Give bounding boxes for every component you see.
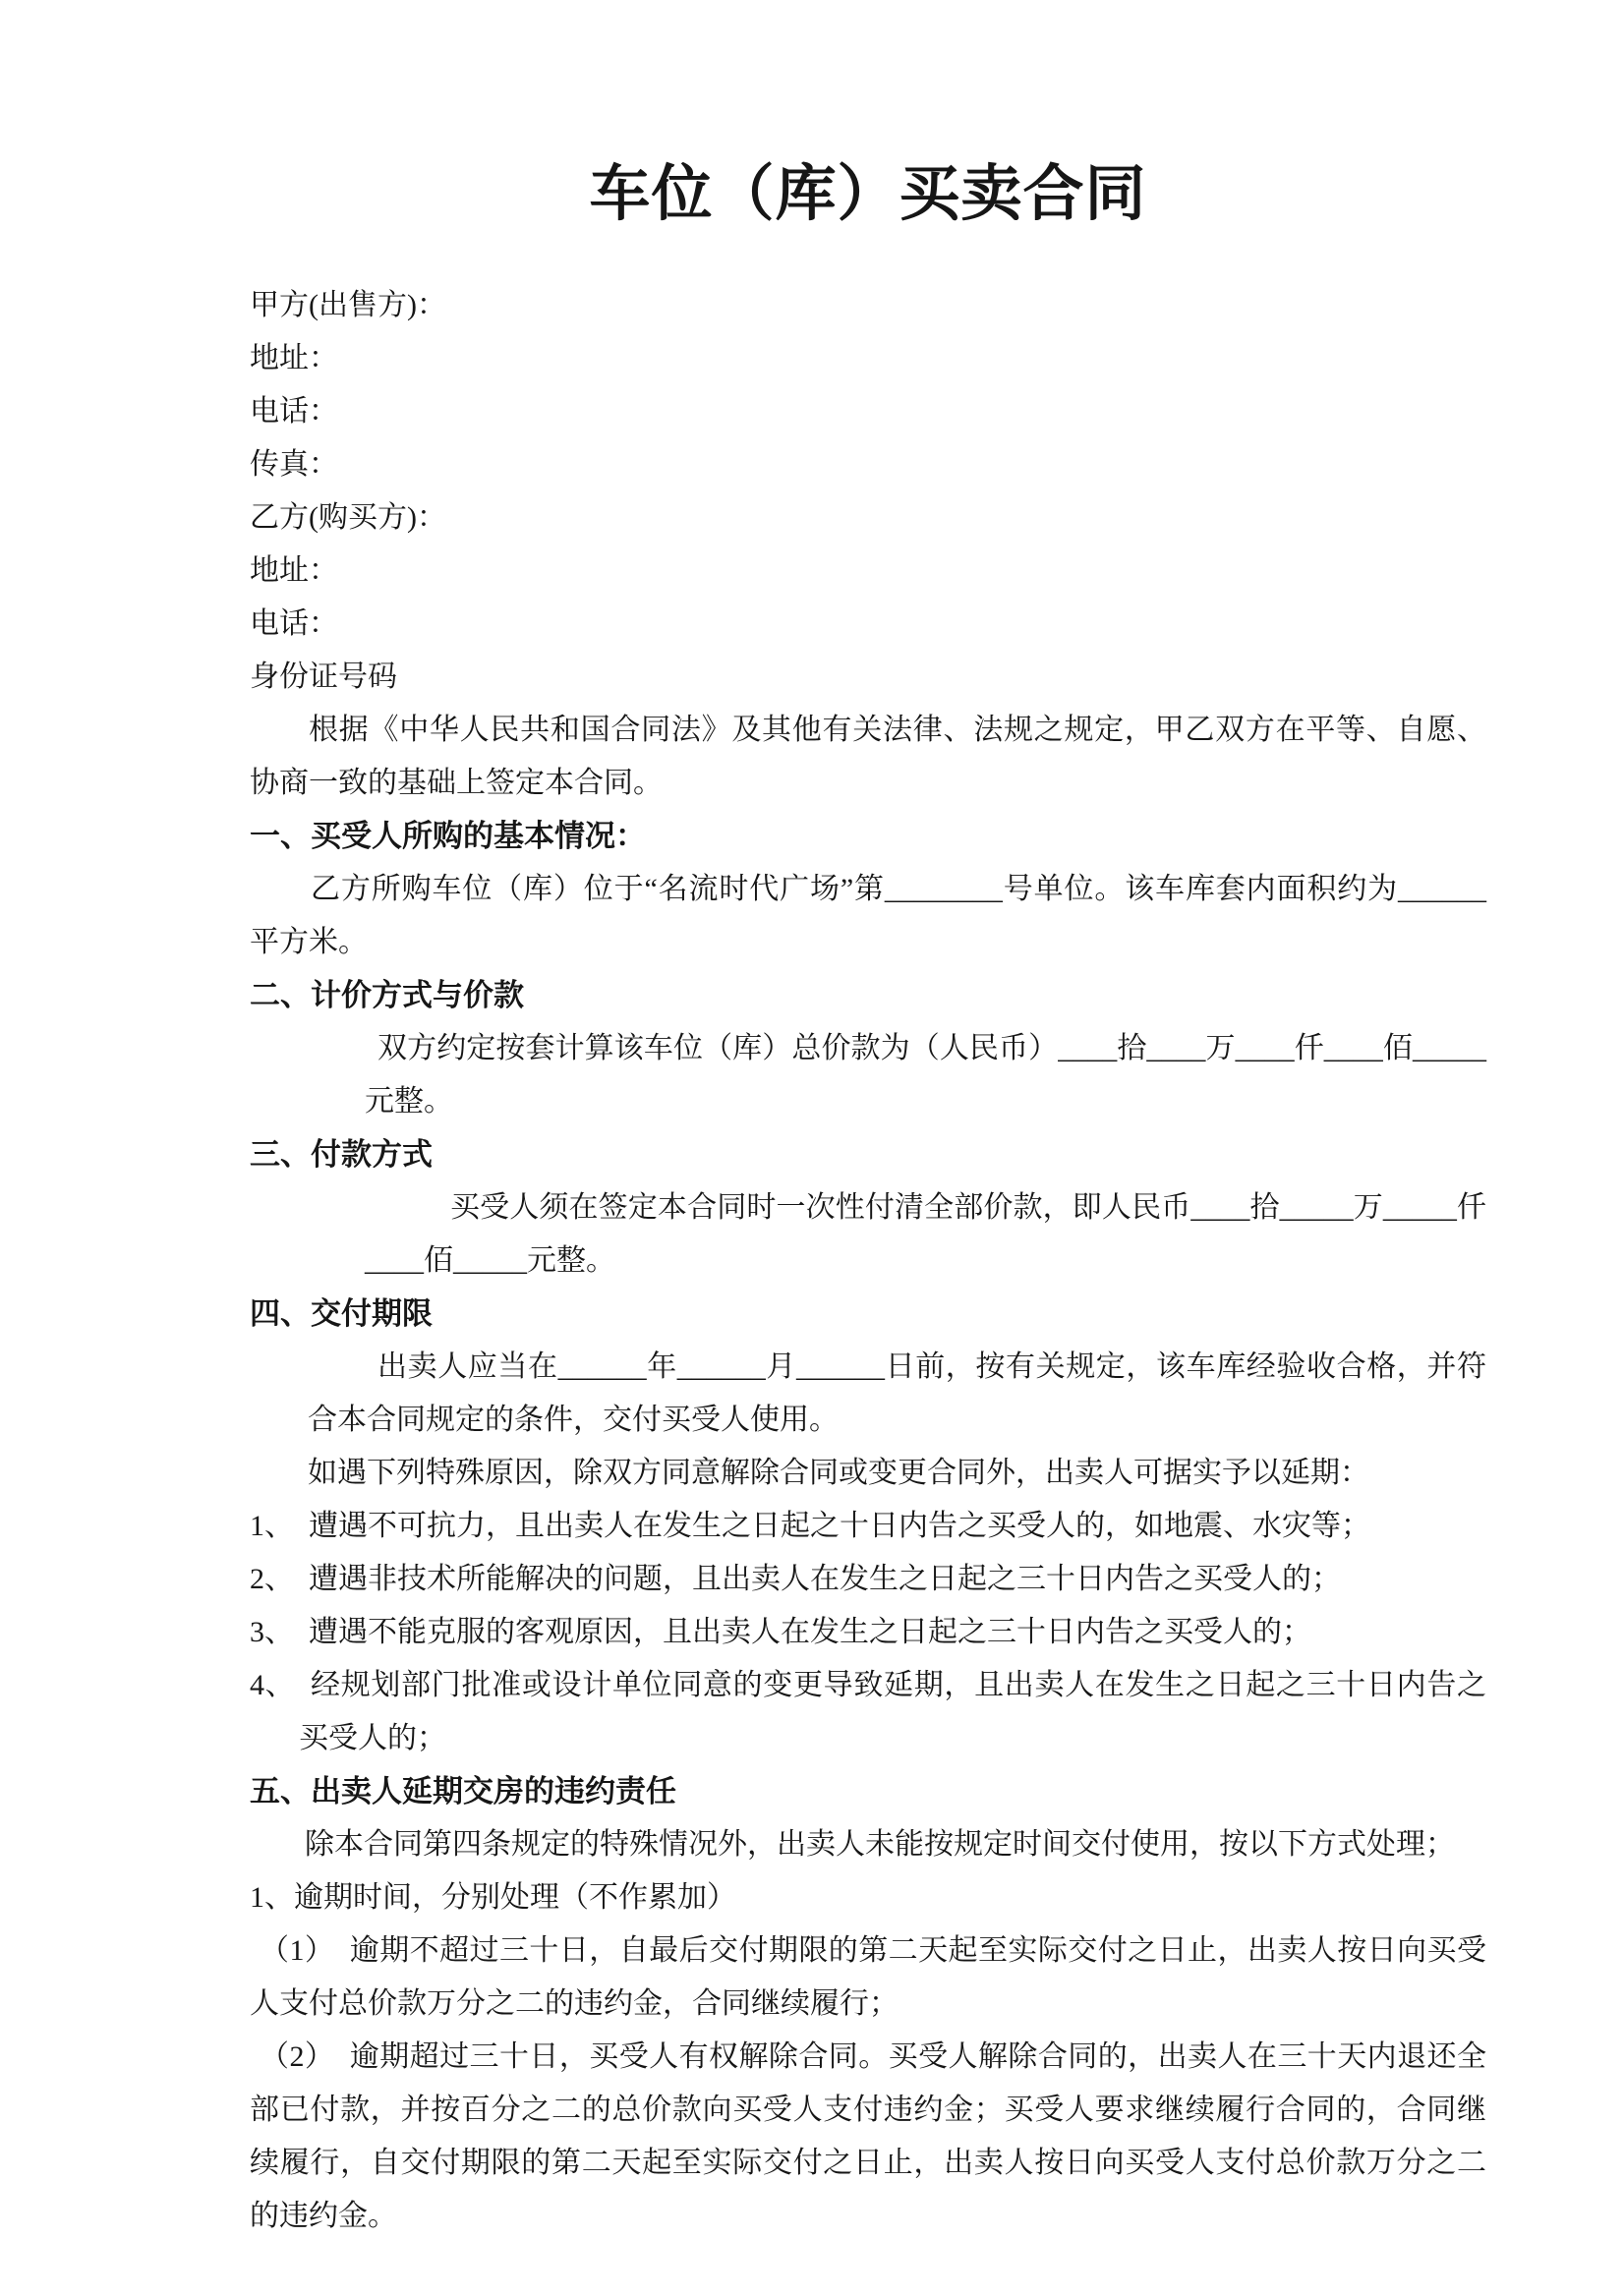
preamble-paragraph: 根据《中华人民共和国合同法》及其他有关法律、法规之规定，甲乙双方在平等、自愿、协…	[250, 704, 1486, 810]
section-5-heading: 五、出卖人延期交房的违约责任	[250, 1765, 1486, 1818]
section-3-heading: 三、付款方式	[250, 1128, 1486, 1181]
section-4-paragraph-delivery: 出卖人应当在______年______月______日前，按有关规定，该车库经验…	[308, 1341, 1486, 1447]
section-4-heading: 四、交付期限	[250, 1288, 1486, 1341]
field-party-a-fax: 传真：	[250, 438, 1486, 491]
section-4-item-2: 2、 遭遇非技术所能解决的问题，且出卖人在发生之日起之三十日内告之买受人的；	[250, 1553, 1486, 1606]
section-5-subitem-1: （1） 逾期不超过三十日，自最后交付期限的第二天起至实际交付之日止，出卖人按日向…	[250, 1924, 1486, 2031]
section-5-paragraph-general: 除本合同第四条规定的特殊情况外，出卖人未能按规定时间交付使用，按以下方式处理；	[250, 1818, 1486, 1871]
section-4-item-3: 3、 遭遇不能克服的客观原因，且出卖人在发生之日起之三十日内告之买受人的；	[250, 1606, 1486, 1659]
field-party-b-label: 乙方(购买方)：	[250, 491, 1486, 545]
section-4-item-4: 4、 经规划部门批准或设计单位同意的变更导致延期，且出卖人在发生之日起之三十日内…	[250, 1659, 1486, 1765]
field-party-a-phone: 电话：	[250, 385, 1486, 438]
section-4-item-1: 1、 遭遇不可抗力，且出卖人在发生之日起之十日内告之买受人的，如地震、水灾等；	[250, 1500, 1486, 1553]
section-1-heading: 一、买受人所购的基本情况：	[250, 810, 1486, 863]
field-party-b-phone: 电话：	[250, 598, 1486, 651]
contract-document-page: 车位（库）买卖合同 甲方(出售方)： 地址： 电话： 传真： 乙方(购买方)： …	[0, 0, 1624, 2296]
section-2-paragraph: 双方约定按套计算该车位（库）总价款为（人民币）____拾____万____仟__…	[365, 1022, 1486, 1128]
document-title: 车位（库）买卖合同	[250, 153, 1486, 236]
field-party-a-address: 地址：	[250, 332, 1486, 385]
section-4-paragraph-exceptions: 如遇下列特殊原因，除双方同意解除合同或变更合同外，出卖人可据实予以延期：	[250, 1447, 1486, 1500]
field-party-b-address: 地址：	[250, 545, 1486, 598]
section-3-paragraph: 买受人须在签定本合同时一次性付清全部价款，即人民币____拾_____万____…	[365, 1181, 1486, 1288]
field-party-b-id: 身份证号码	[250, 651, 1486, 704]
section-1-paragraph: 乙方所购车位（库）位于“名流时代广场”第________号单位。该车库套内面积约…	[250, 863, 1486, 969]
field-party-a-label: 甲方(出售方)：	[250, 279, 1486, 332]
section-2-heading: 二、计价方式与价款	[250, 969, 1486, 1022]
section-5-paragraph-overdue: 1、逾期时间，分别处理（不作累加）	[250, 1871, 1486, 1924]
section-5-subitem-2: （2） 逾期超过三十日，买受人有权解除合同。买受人解除合同的，出卖人在三十天内退…	[250, 2031, 1486, 2243]
